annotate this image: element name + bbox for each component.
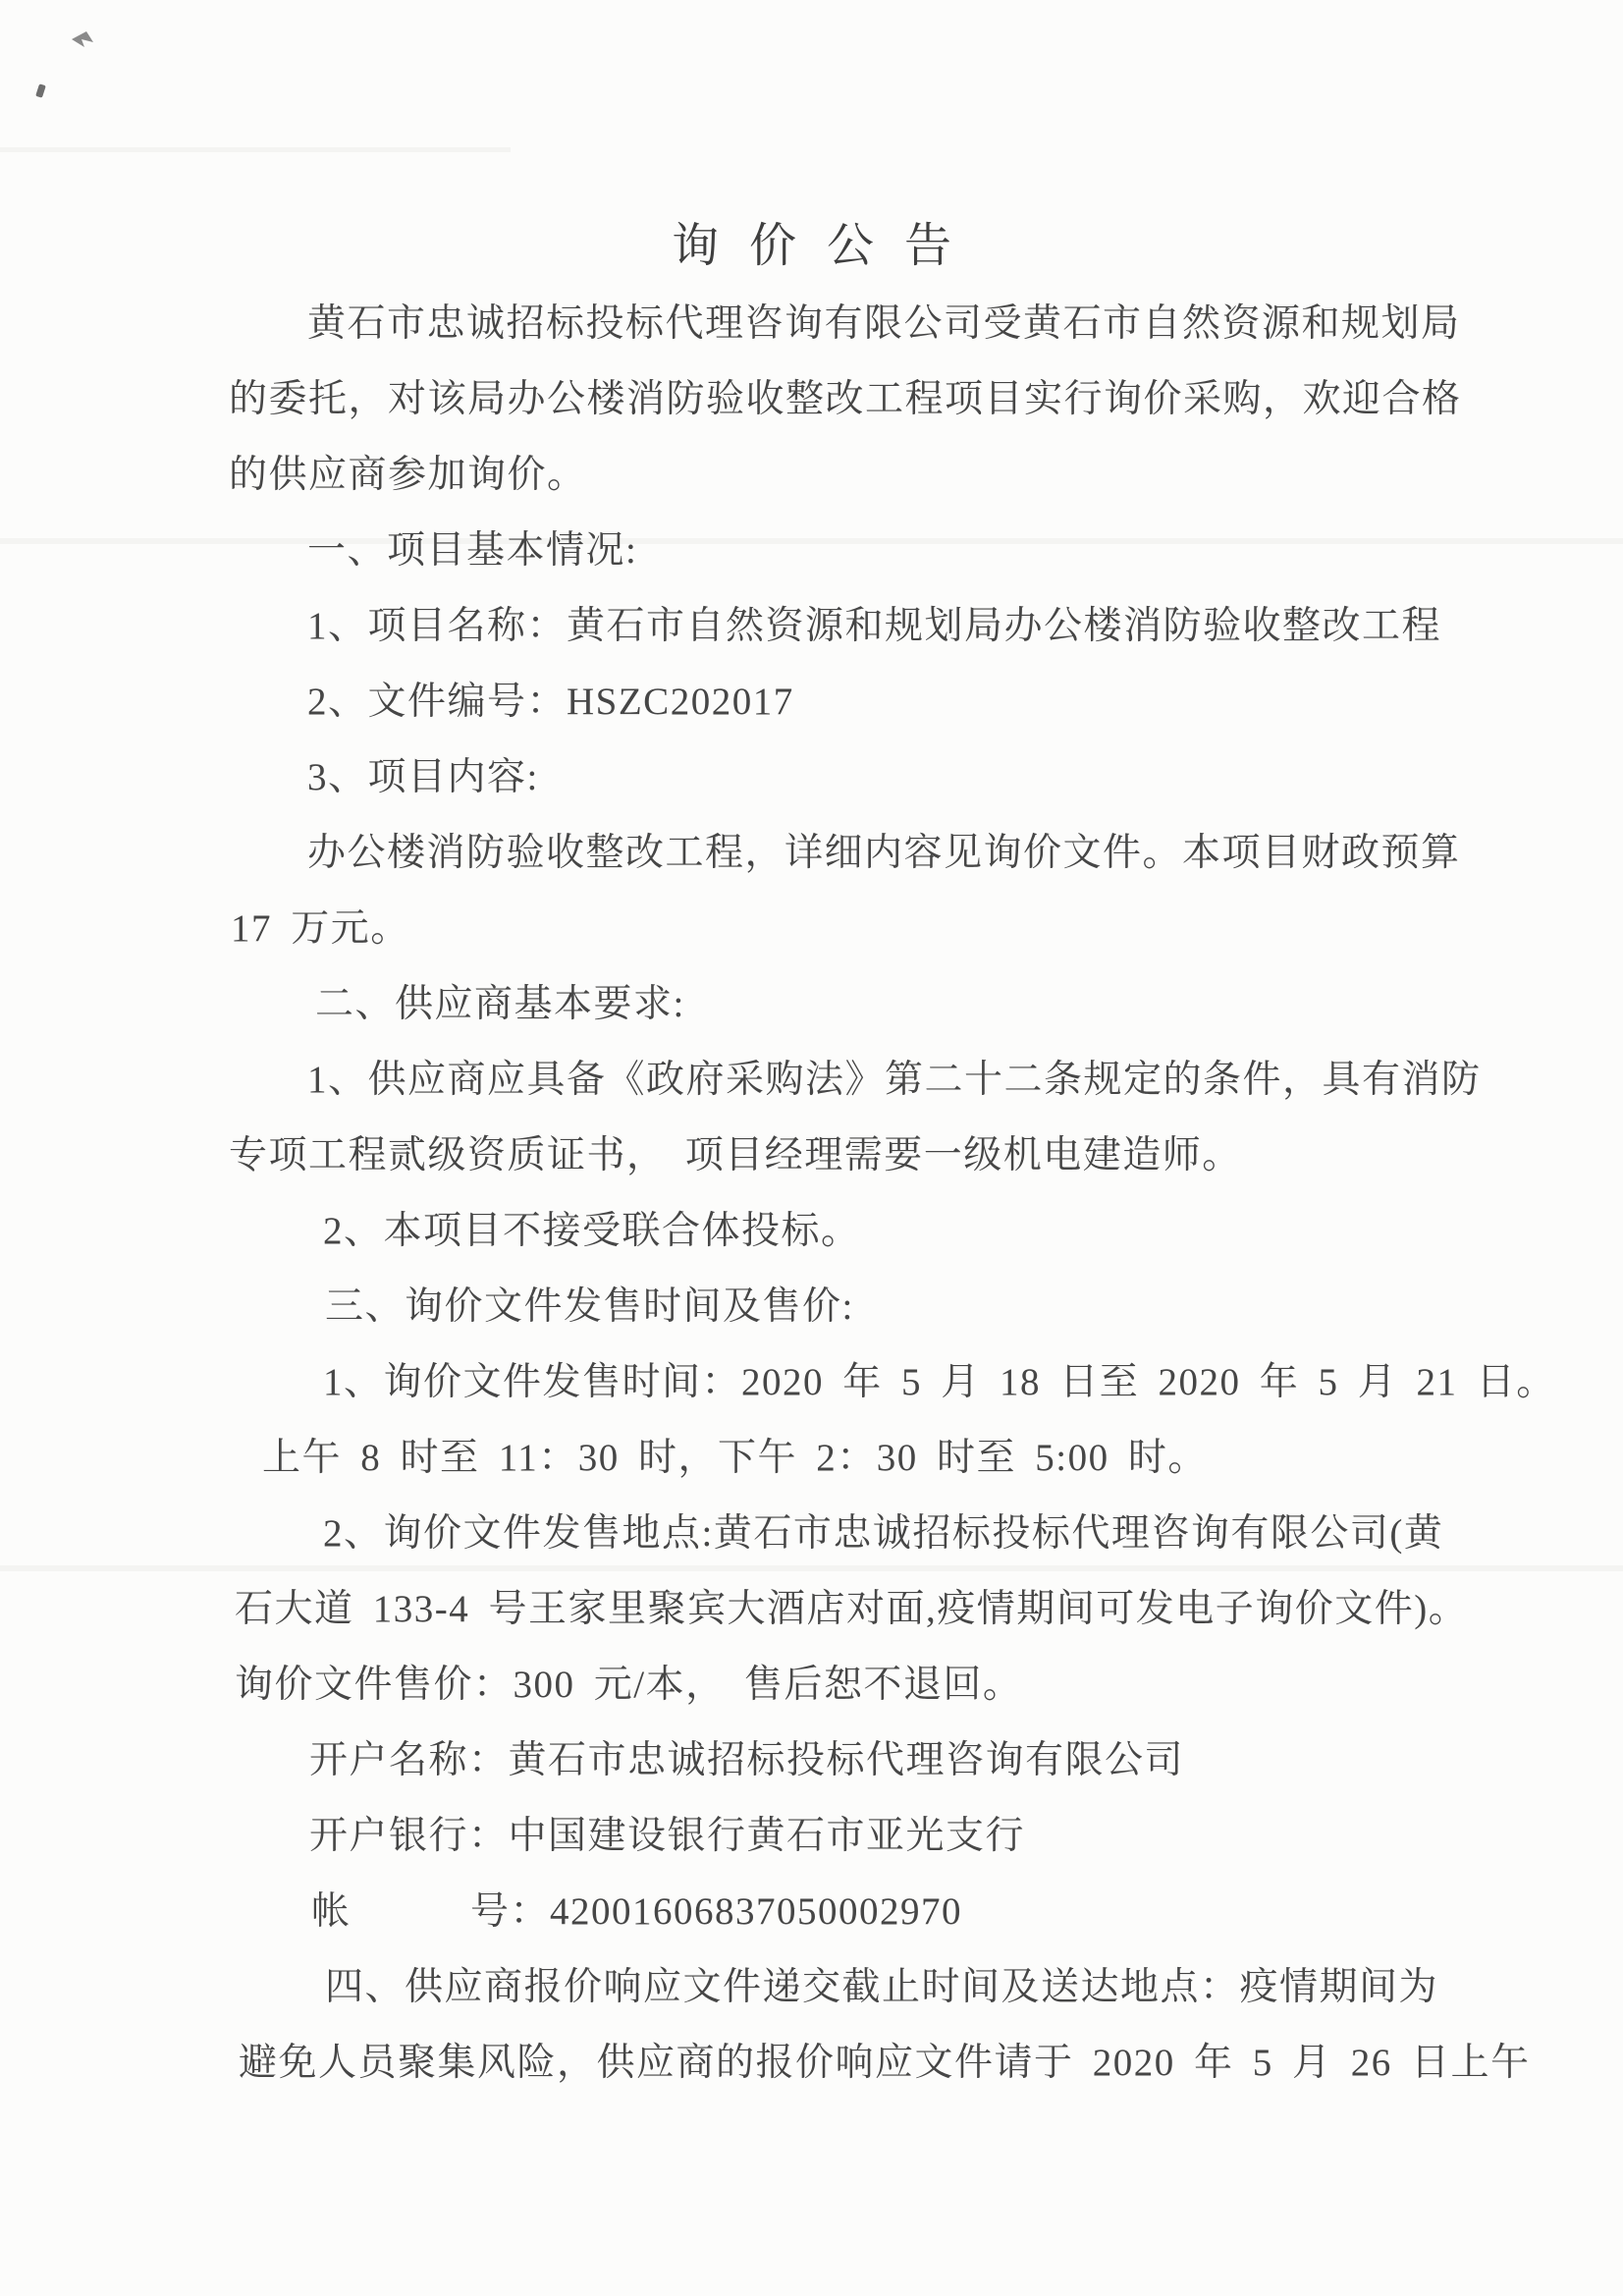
- document-line: 石大道 133-4 号王家里聚宾大酒店对面,疫情期间可发电子询价文件)。: [235, 1571, 1495, 1647]
- document-line: 17 万元。: [231, 891, 1495, 966]
- document-line: 一、项目基本情况:: [307, 513, 1495, 588]
- scan-speck-arrow: [71, 31, 94, 49]
- document-line: 的供应商参加询价。: [229, 437, 1495, 513]
- document-line: 四、供应商报价响应文件递交截止时间及送达地点：疫情期间为: [325, 1949, 1495, 2025]
- document-title: 询价公告: [0, 208, 1623, 285]
- document-line: 的委托，对该局办公楼消防验收整改工程项目实行询价采购，欢迎合格: [229, 361, 1495, 437]
- document-line: 2、本项目不接受联合体投标。: [323, 1193, 1495, 1269]
- document-line: 3、项目内容:: [307, 739, 1495, 815]
- document-line: 黄石市忠诚招标投标代理咨询有限公司受黄石市自然资源和规划局: [307, 286, 1495, 361]
- document-line: 询价文件售价：300 元/本， 售后恕不退回。: [235, 1647, 1495, 1722]
- document-line: 1、项目名称：黄石市自然资源和规划局办公楼消防验收整改工程: [307, 588, 1495, 664]
- document-body: 黄石市忠诚招标投标代理咨询有限公司受黄石市自然资源和规划局的委托，对该局办公楼消…: [229, 286, 1495, 2101]
- document-line: 办公楼消防验收整改工程，详细内容见询价文件。本项目财政预算: [307, 815, 1495, 891]
- document-line: 开户银行：中国建设银行黄石市亚光支行: [309, 1798, 1495, 1874]
- scan-speck-diamond: [35, 83, 46, 98]
- document-line: 2、文件编号：HSZC202017: [307, 664, 1495, 739]
- scan-streak: [0, 147, 511, 152]
- document-line: 专项工程贰级资质证书， 项目经理需要一级机电建造师。: [229, 1118, 1495, 1193]
- document-line: 开户名称：黄石市忠诚招标投标代理咨询有限公司: [309, 1722, 1495, 1798]
- document-line: 二、供应商基本要求:: [315, 966, 1495, 1042]
- scanned-document-page: 询价公告 黄石市忠诚招标投标代理咨询有限公司受黄石市自然资源和规划局的委托，对该…: [0, 0, 1623, 2296]
- document-line: 1、询价文件发售时间：2020 年 5 月 18 日至 2020 年 5 月 2…: [323, 1344, 1495, 1420]
- document-line: 三、询价文件发售时间及售价:: [325, 1269, 1495, 1344]
- document-line: 2、询价文件发售地点:黄石市忠诚招标投标代理咨询有限公司(黄: [323, 1496, 1495, 1571]
- document-line: 避免人员聚集风险，供应商的报价响应文件请于 2020 年 5 月 26 日上午: [239, 2025, 1495, 2101]
- document-line: 帐 号：42001606837050002970: [311, 1874, 1495, 1949]
- document-line: 上午 8 时至 11：30 时，下午 2：30 时至 5:00 时。: [262, 1420, 1495, 1496]
- document-line: 1、供应商应具备《政府采购法》第二十二条规定的条件，具有消防: [307, 1042, 1495, 1118]
